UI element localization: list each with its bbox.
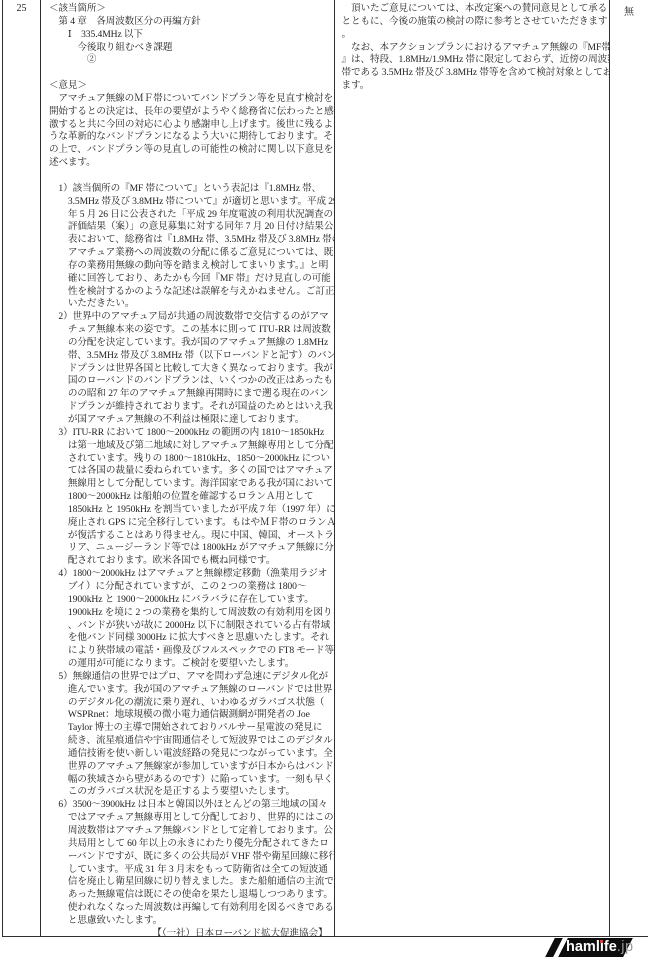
opinion-item-6: 6）3500～3900kHz は日本と韓国以外ほとんどの第三地域の国々 ではアマ… [49, 799, 330, 927]
opinion-item-3: 3）ITU-RR において 1800～2000kHz の範囲の内 1810～18… [49, 427, 330, 568]
document-page: { "table": { "row_number": "25", "opinio… [0, 0, 650, 959]
hamlife-logo: hamlıfe.jp [542, 937, 650, 958]
opinion-item-4: 4）1800～2000kHz はアマチュアと無線標定移動（漁業用ラジオ ブイ）に… [49, 568, 330, 671]
section-heading: ＜該当箇所＞ [49, 3, 330, 16]
section-body: 第 4 章 各周波数区分の再編方針 Ⅰ 335.4MHz 以下 今後取り組むべき… [49, 16, 330, 67]
row-number: 25 [16, 3, 26, 14]
row-number-cell: 25 [3, 0, 41, 936]
opinion-intro: アマチュア無線のＭＦ帯についてバンドプラン等を見直す検討を 開始するとの決定は、… [49, 93, 330, 170]
opinion-item-1: 1）該当個所の『MF 帯について』という表記は『1.8MHz 帯、 3.5MHz… [49, 183, 330, 311]
attribution: 【（一社）日本ローバンド拡大促進協会】 [49, 928, 330, 936]
comment-table-row: 25 ＜該当箇所＞ 第 4 章 各周波数区分の再編方針 Ⅰ 335.4MHz 以… [2, 0, 648, 937]
response-text: 頂いたご意見については、本改定案への賛同意見として承る とともに、今後の施策の検… [341, 3, 605, 93]
hamlife-wordmark: hamlıfe.jp [566, 938, 634, 957]
brand-letter-i-red-dot: ı [600, 938, 604, 957]
response-cell: 頂いたご意見については、本改定案への賛同意見として承る とともに、今後の施策の検… [335, 0, 610, 936]
opinion-item-2: 2）世界中のアマチュア局が共通の周波数帯で交信するのがアマ チュア無線本来の姿で… [49, 311, 330, 427]
opinion-cell: ＜該当箇所＞ 第 4 章 各周波数区分の再編方針 Ⅰ 335.4MHz 以下 今… [41, 0, 336, 936]
attachment-flag: 無 [624, 7, 634, 18]
opinion-heading: ＜意見＞ [49, 80, 330, 93]
brand-tld: .jp [617, 939, 634, 955]
brand-text-pre: haml [566, 939, 600, 955]
opinion-item-5: 5）無線通信の世界ではプロ、アマを問わず急速にデジタル化が 進んでいます。我が国… [49, 671, 330, 799]
brand-text-post: fe [604, 939, 617, 955]
attachment-cell: 無 [610, 0, 648, 936]
